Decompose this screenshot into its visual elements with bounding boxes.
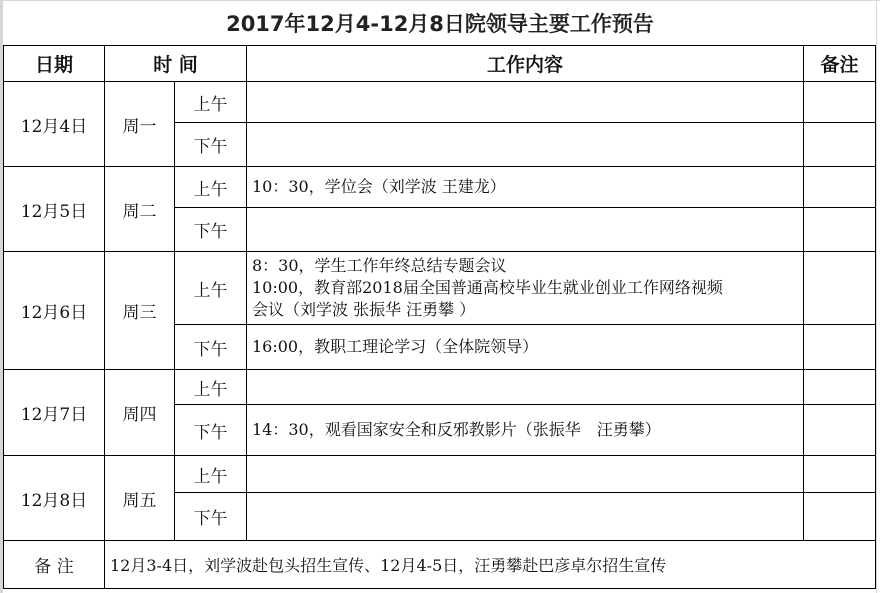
header-row: 日期 时 间 工作内容 备注 (4, 46, 876, 82)
remark-cell[interactable] (804, 493, 876, 541)
weekday-cell[interactable]: 周一 (105, 82, 175, 167)
period-cell[interactable]: 上午 (175, 252, 247, 325)
content-cell[interactable] (247, 370, 804, 405)
table-row: 12月7日 周四 上午 (4, 370, 876, 405)
weekday-cell[interactable]: 周二 (105, 167, 175, 252)
date-cell[interactable]: 12月8日 (4, 456, 105, 541)
footer-label[interactable]: 备 注 (4, 541, 105, 589)
period-cell[interactable]: 下午 (175, 208, 247, 252)
header-remark: 备注 (804, 46, 876, 82)
footer-remark-text[interactable]: 12月3-4日，刘学波赴包头招生宣传、12月4-5日，汪勇攀赴巴彦卓尔招生宣传 (105, 541, 876, 589)
remark-cell[interactable] (804, 325, 876, 370)
date-cell[interactable]: 12月5日 (4, 167, 105, 252)
period-cell[interactable]: 下午 (175, 493, 247, 541)
header-time: 时 间 (105, 46, 247, 82)
remark-cell[interactable] (804, 405, 876, 456)
date-cell[interactable]: 12月7日 (4, 370, 105, 456)
period-cell[interactable]: 下午 (175, 123, 247, 167)
period-cell[interactable]: 下午 (175, 325, 247, 370)
content-cell[interactable] (247, 493, 804, 541)
table-row: 12月8日 周五 上午 (4, 456, 876, 493)
period-cell[interactable]: 上午 (175, 370, 247, 405)
table-row: 12月4日 周一 上午 (4, 82, 876, 123)
remark-cell[interactable] (804, 82, 876, 123)
remark-cell[interactable] (804, 208, 876, 252)
content-cell[interactable]: 14：30，观看国家安全和反邪教影片（张振华 汪勇攀） (247, 405, 804, 456)
gridline (876, 0, 877, 593)
content-cell[interactable]: 10：30，学位会（刘学波 王建龙） (247, 167, 804, 208)
table-row: 12月6日 周三 上午 8：30，学生工作年终总结专题会议 10:00，教育部2… (4, 252, 876, 325)
header-content: 工作内容 (247, 46, 804, 82)
remark-cell[interactable] (804, 456, 876, 493)
content-cell[interactable]: 16:00，教职工理论学习（全体院领导） (247, 325, 804, 370)
remark-cell[interactable] (804, 370, 876, 405)
footer-row: 备 注 12月3-4日，刘学波赴包头招生宣传、12月4-5日，汪勇攀赴巴彦卓尔招… (4, 541, 876, 589)
remark-cell[interactable] (804, 252, 876, 325)
date-cell[interactable]: 12月6日 (4, 252, 105, 370)
date-cell[interactable]: 12月4日 (4, 82, 105, 167)
period-cell[interactable]: 上午 (175, 167, 247, 208)
content-line: 10:00，教育部2018届全国普通高校毕业生就业创业工作网络视频 (252, 277, 803, 299)
period-cell[interactable]: 上午 (175, 82, 247, 123)
remark-cell[interactable] (804, 167, 876, 208)
table-row: 12月5日 周二 上午 10：30，学位会（刘学波 王建龙） (4, 167, 876, 208)
weekday-cell[interactable]: 周四 (105, 370, 175, 456)
content-cell[interactable]: 8：30，学生工作年终总结专题会议 10:00，教育部2018届全国普通高校毕业… (247, 252, 804, 325)
gridline (0, 0, 880, 1)
weekday-cell[interactable]: 周三 (105, 252, 175, 370)
remark-cell[interactable] (804, 123, 876, 167)
content-cell[interactable] (247, 208, 804, 252)
content-line: 8：30，学生工作年终总结专题会议 (252, 255, 803, 277)
weekday-cell[interactable]: 周五 (105, 456, 175, 541)
page-title: 2017年12月4-12月8日院领导主要工作预告 (4, 2, 876, 44)
content-cell[interactable] (247, 456, 804, 493)
content-cell[interactable] (247, 123, 804, 167)
content-cell[interactable] (247, 82, 804, 123)
schedule-table: 日期 时 间 工作内容 备注 12月4日 周一 上午 下午 12月5日 周二 上… (3, 45, 876, 589)
period-cell[interactable]: 下午 (175, 405, 247, 456)
header-date: 日期 (4, 46, 105, 82)
period-cell[interactable]: 上午 (175, 456, 247, 493)
content-line: 会议（刘学波 张振华 汪勇攀 ） (252, 299, 803, 321)
